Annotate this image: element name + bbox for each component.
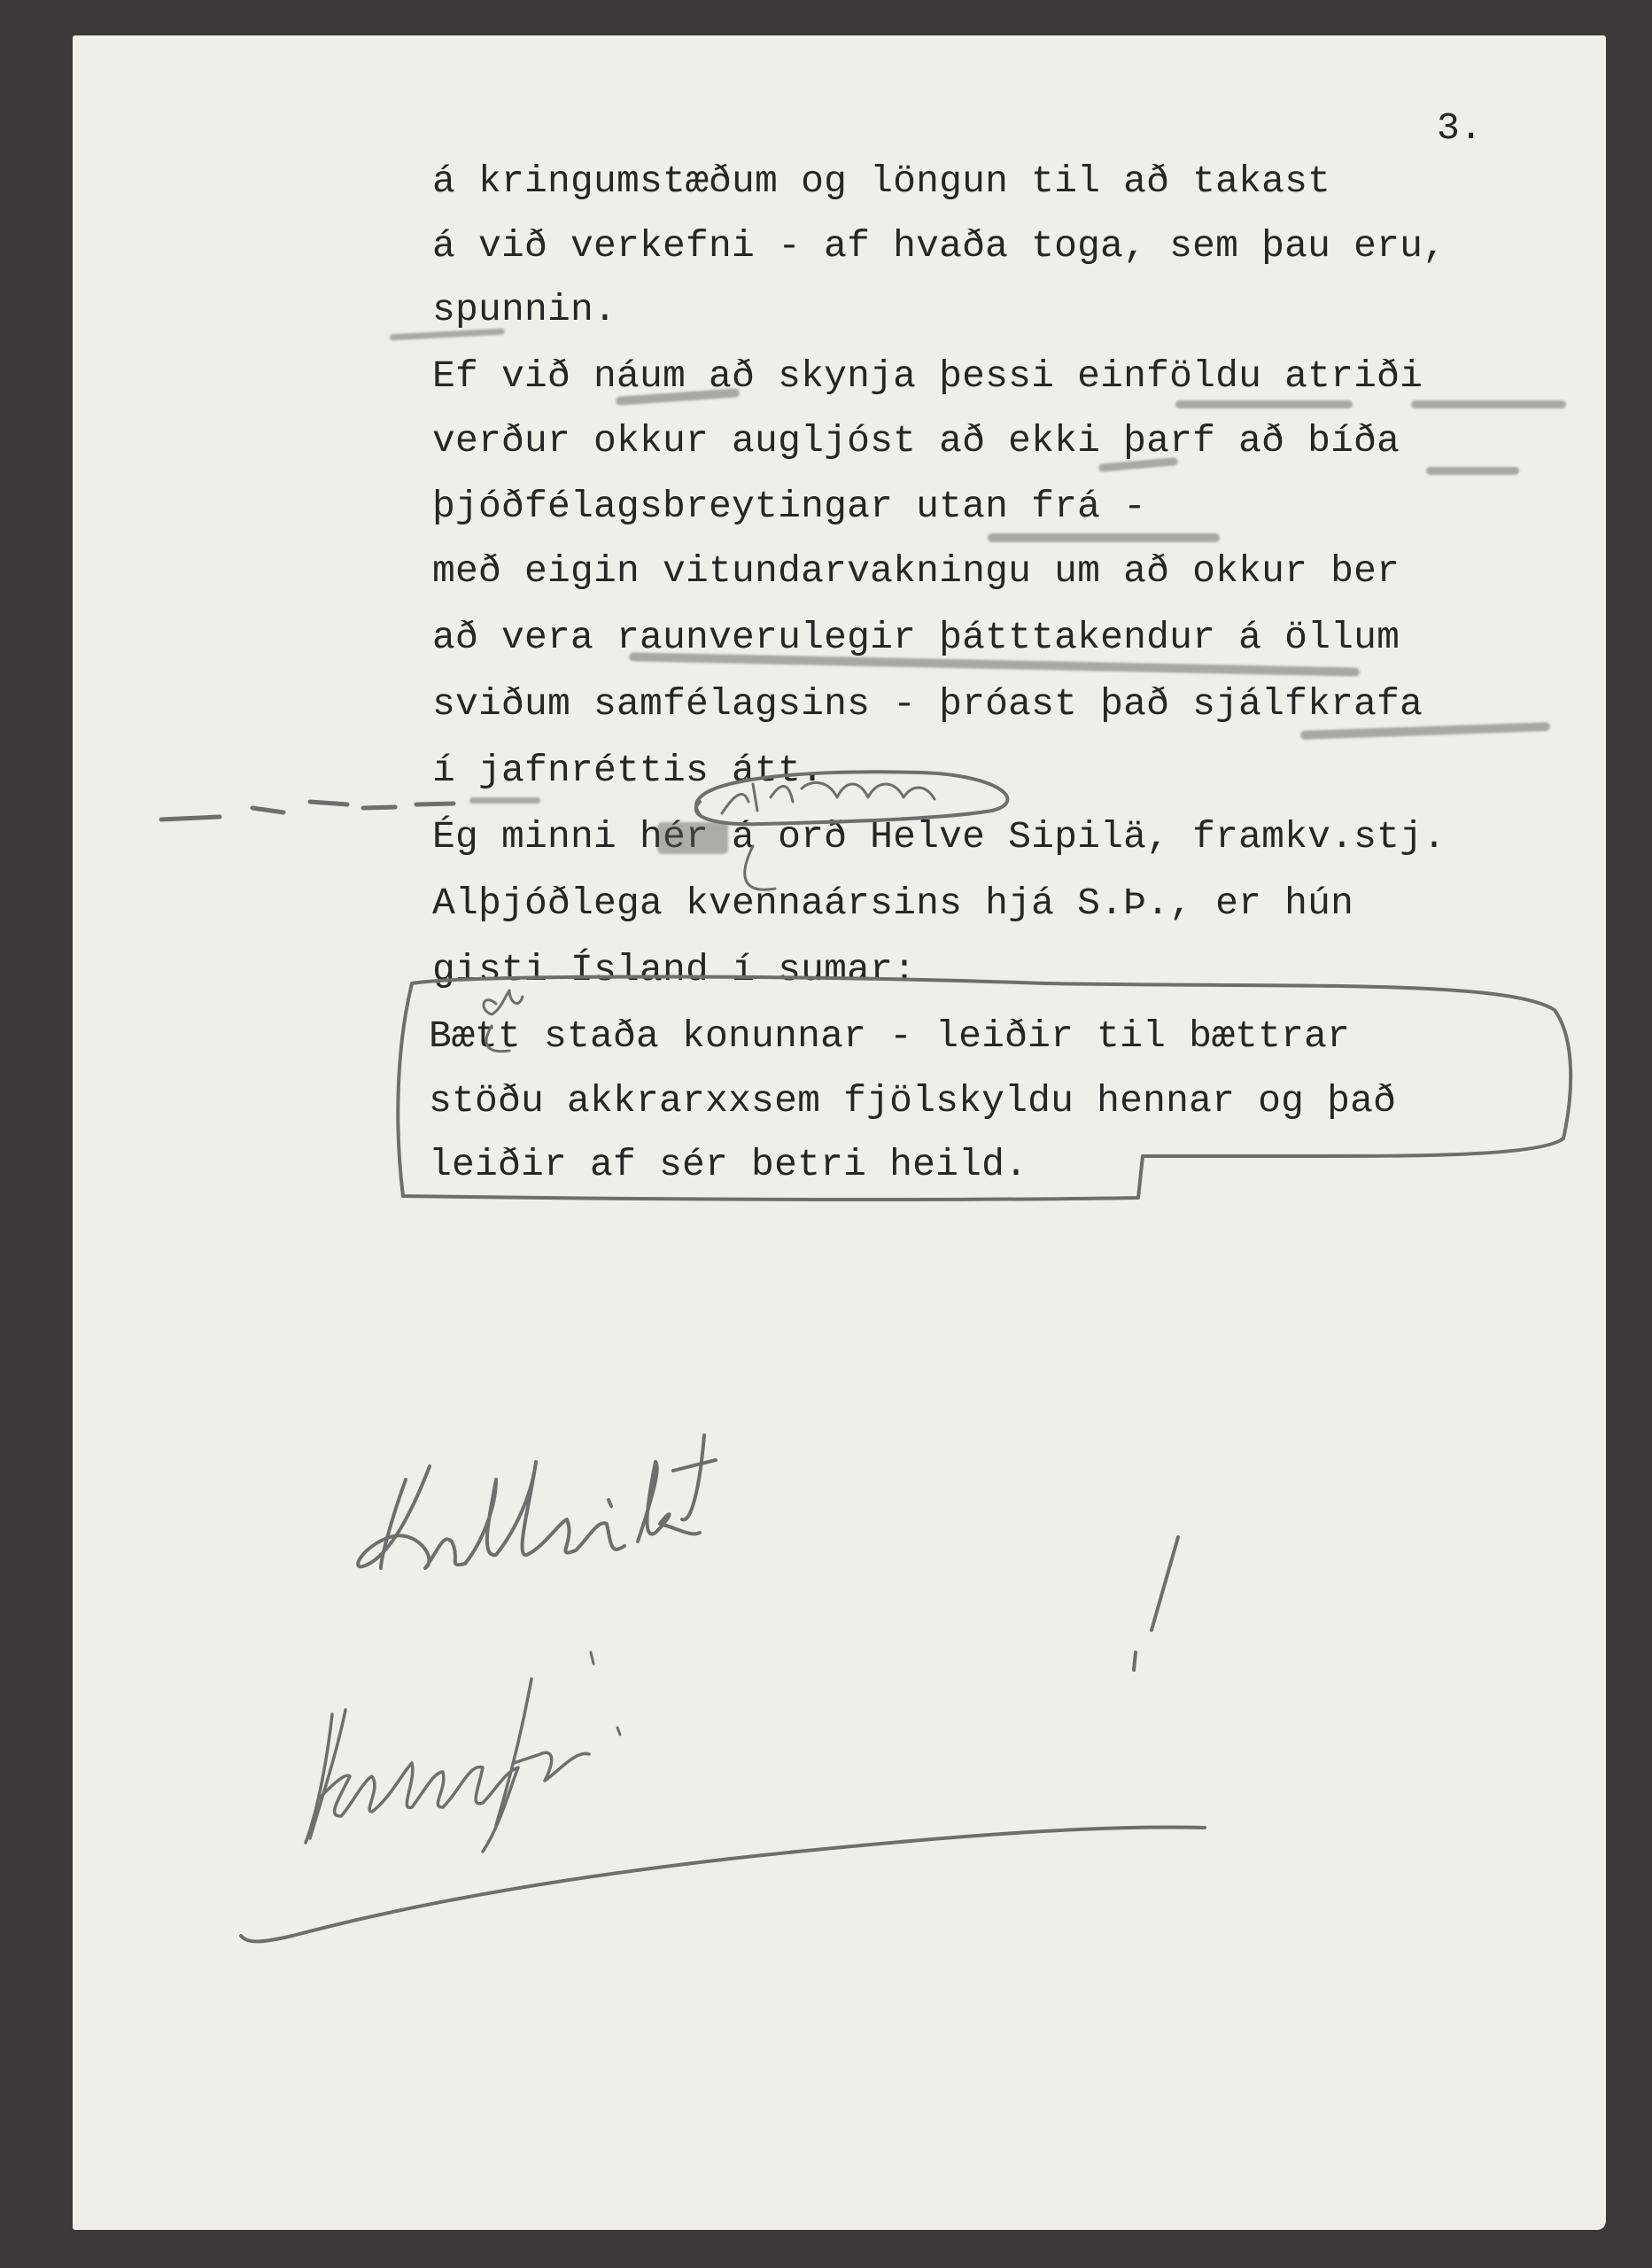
typed-line-3: spunnin.: [432, 288, 617, 332]
typed-line-5: verður okkur augljóst að ekki þarf að bí…: [432, 419, 1400, 463]
underline-jafnrettis: [469, 797, 540, 804]
underline-atridi: [1411, 400, 1566, 408]
typed-line-1: á kringumstæðum og löngun til að takast: [432, 159, 1330, 204]
quote-line-1: Bætt staða konunnar - leiðir til bættrar: [429, 1014, 1350, 1059]
typed-line-4: Ef við náum að skynja þessi einföldu atr…: [432, 354, 1423, 399]
typed-line-8: að vera raunverulegir þátttakendur á öll…: [432, 616, 1400, 660]
underline-bida: [1426, 467, 1519, 475]
underline-einfoldu: [1175, 400, 1353, 408]
quote-line-3: leiðir af sér betri heild.: [429, 1143, 1028, 1187]
typed-line-11: Ég minni hér á orð Helve Sipilä, framkv.…: [432, 815, 1446, 859]
typed-line-12: Alþjóðlega kvennaársins hjá S.Þ., er hún: [432, 882, 1353, 926]
typed-line-13: gisti Ísland í sumar:: [432, 948, 916, 992]
page-number: 3.: [1437, 106, 1483, 150]
crossout-her: [657, 822, 728, 854]
typed-line-9: sviðum samfélagsins - þróast það sjálfkr…: [432, 682, 1423, 726]
quote-line-2: stöðu akkrarxxsem fjölskyldu hennar og þ…: [429, 1079, 1396, 1123]
underline-utan-fra: [988, 533, 1220, 542]
typed-line-7: með eigin vitundarvakningu um að okkur b…: [432, 549, 1400, 594]
typed-line-10: í jafnréttis átt.: [432, 749, 824, 793]
typed-line-6: þjóðfélagsbreytingar utan frá -: [432, 485, 1146, 529]
typed-line-2: á við verkefni - af hvaða toga, sem þau …: [432, 224, 1446, 268]
